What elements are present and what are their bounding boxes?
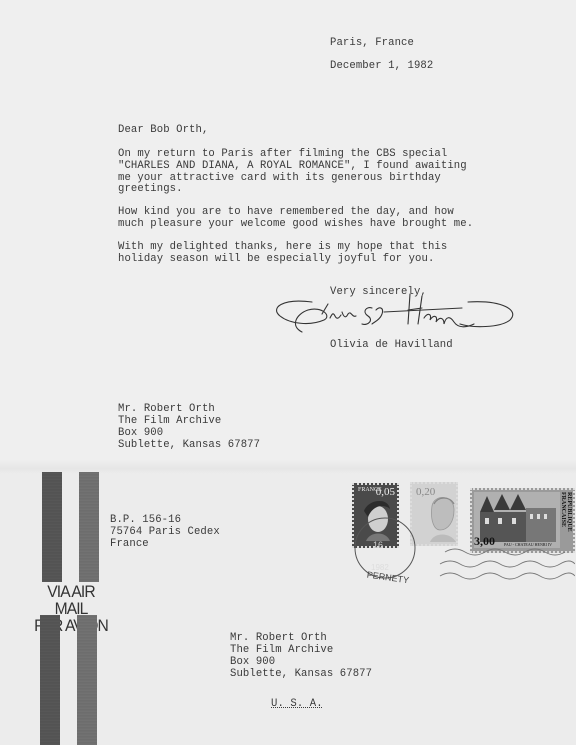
letter-line: holiday season will be especially joyful… <box>118 253 434 265</box>
postmark-icon: PERNETY 16 1982 <box>345 480 575 590</box>
address-line: Box 900 <box>118 427 163 439</box>
address-line: Mr. Robert Orth <box>230 632 327 644</box>
address-line: Sublette, Kansas 67877 <box>118 439 260 451</box>
address-line: The Film Archive <box>230 644 333 656</box>
address-line: 75764 Paris Cedex <box>110 526 220 538</box>
signature-icon <box>272 290 522 340</box>
letter-date: December 1, 1982 <box>330 60 433 72</box>
address-line: France <box>110 538 149 550</box>
letter-page: Paris, France December 1, 1982 Dear Bob … <box>0 0 576 460</box>
airmail-label-english: VIA AIR MAIL <box>30 583 113 617</box>
letter-line: On my return to Paris after filming the … <box>118 148 447 160</box>
letter-line: "CHARLES AND DIANA, A ROYAL ROMANCE", I … <box>118 160 467 172</box>
envelope-country: U. S. A. <box>271 698 323 710</box>
airmail-stripe-icon <box>77 615 97 745</box>
letter-location: Paris, France <box>330 37 414 49</box>
letter-line: much pleasure your welcome good wishes h… <box>118 218 473 230</box>
airmail-stripe-icon <box>79 472 99 582</box>
address-line: B.P. 156-16 <box>110 514 181 526</box>
address-line: Mr. Robert Orth <box>118 403 215 415</box>
address-line: Box 900 <box>230 656 275 668</box>
airmail-stripe-icon <box>42 472 62 582</box>
address-line: The Film Archive <box>118 415 221 427</box>
letter-signature-name: Olivia de Havilland <box>330 339 453 351</box>
letter-line: How kind you are to have remembered the … <box>118 206 454 218</box>
letter-line: greetings. <box>118 183 183 195</box>
postmark-year: 1982 <box>371 563 389 572</box>
airmail-stripe-icon <box>40 615 60 745</box>
letter-line: With my delighted thanks, here is my hop… <box>118 241 447 253</box>
address-line: Sublette, Kansas 67877 <box>230 668 372 680</box>
letter-salutation: Dear Bob Orth, <box>118 124 208 136</box>
postmark-day: 16 <box>373 540 383 550</box>
